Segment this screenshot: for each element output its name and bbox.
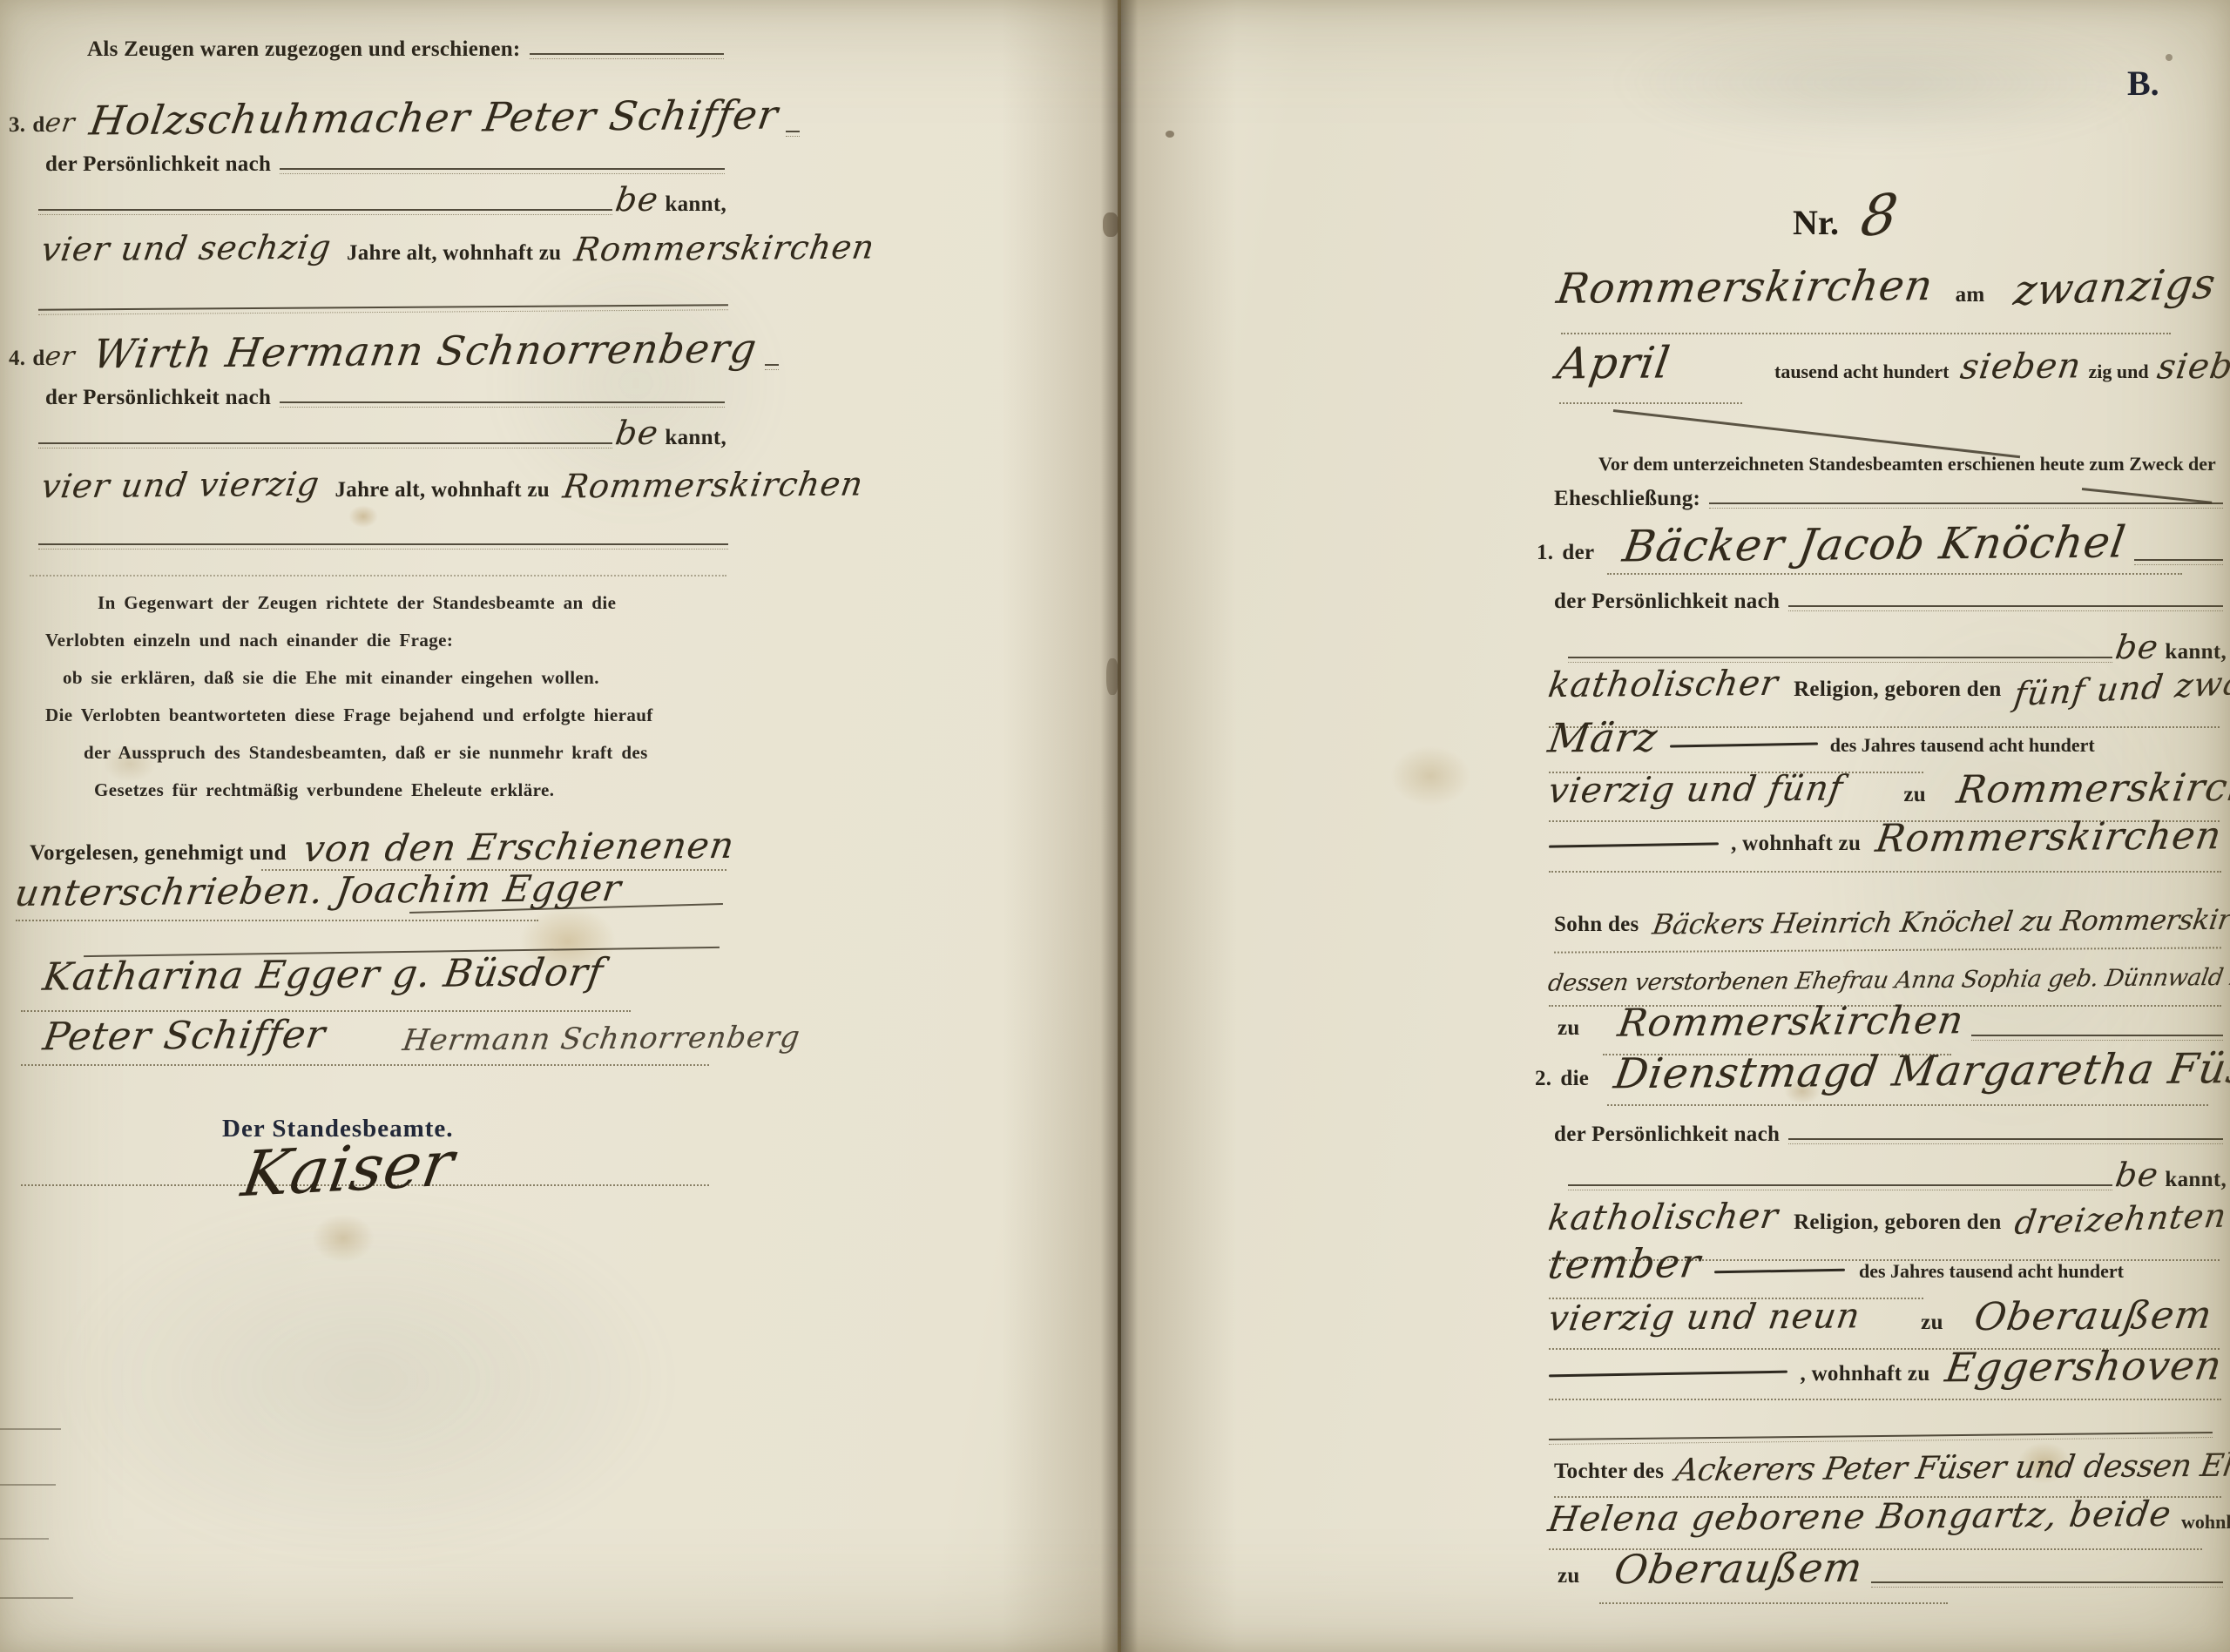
signature-line-2: Peter Schiffer Hermann Schnorrenberg: [44, 1017, 800, 1055]
dotted-line: [1607, 1104, 2208, 1106]
witness3-age-handwritten: vier und sechzig: [39, 231, 334, 266]
wohnhaft-label: wohnhaft: [2181, 1513, 2230, 1532]
bride-parents-residence-line: zu Oberaußem: [1558, 1548, 2227, 1588]
witness4-age-line: vier und vierzig Jahre alt, wohnhaft zu …: [42, 469, 730, 502]
groom-parents-handwritten-2: dessen verstorbenen Ehefrau Anna Sophia …: [1546, 965, 2230, 995]
declaration-line-4: Die Verlobten beantworteten diese Frage …: [45, 706, 653, 725]
fill-line: [1788, 602, 2223, 610]
signature-hermann-schnorrenberg: Hermann Schnorrenberg: [401, 1022, 802, 1055]
page-corner-letter: B.: [2127, 66, 2159, 101]
identity-label: der Persönlichkeit nach: [45, 387, 271, 408]
bride-birth-place-handwritten: Oberaußem: [1971, 1297, 2214, 1337]
zu-label: zu: [1558, 1017, 1580, 1039]
signature-line-1: Katharina Egger g. Büsdorf: [44, 956, 603, 995]
fill-line: [38, 206, 612, 214]
fill-line: [1568, 653, 2112, 662]
closing-handwritten-1: von den Erschienenen: [301, 827, 737, 867]
bride-religion-line: katholischer Religion, geboren den dreiz…: [1549, 1200, 2230, 1235]
dotted-line: [21, 1064, 709, 1066]
bride-residence-line: , wohnhaft zu Eggershoven: [1549, 1346, 2221, 1386]
margin-line-stub: [0, 1428, 61, 1430]
declaration-text: der Ausspruch des Standesbeamten, daß er…: [84, 744, 648, 762]
am-label: am: [1956, 284, 1985, 306]
record-intro-line: Vor dem unterzeichneten Standesbeamten e…: [1598, 455, 2216, 474]
declaration-line-5: der Ausspruch des Standesbeamten, daß er…: [84, 744, 648, 762]
declaration-text: In Gegenwart der Zeugen richtete der Sta…: [98, 594, 616, 612]
hand-dash: [1549, 1370, 1787, 1377]
bride-parents-line-1: Tochter des Ackerers Peter Füser und des…: [1554, 1453, 2230, 1484]
declaration-line-1: In Gegenwart der Zeugen richtete der Sta…: [98, 594, 616, 612]
register-book-spread: Als Zeugen waren zugezogen und erschiene…: [0, 0, 2230, 1652]
witness4-number: 4.: [9, 347, 25, 369]
paper-stain: [348, 505, 378, 528]
bride-known-line: be kannt,: [1559, 1158, 2227, 1191]
declaration-text: ob sie erklären, daß sie die Ehe mit ein…: [63, 669, 599, 687]
zu-label: zu: [1921, 1311, 1943, 1333]
bride-name-handwritten: Dienstmagd Margaretha Füser: [1612, 1048, 2230, 1096]
groom-parents-residence-handwritten: Rommerskirchen: [1615, 1001, 1966, 1042]
bride-birth-year-line: vierzig und neun zu Oberaußem: [1549, 1298, 2221, 1336]
residence-label: , wohnhaft zu: [1800, 1363, 1929, 1385]
known-label: kannt,: [2165, 1169, 2227, 1190]
bleed-through-patch: [52, 1193, 679, 1568]
closing-printed-label: Vorgelesen, genehmigt und: [30, 842, 287, 864]
groom-identity-line: der Persönlichkeit nach: [1554, 590, 2227, 612]
date-place-line: Rommerskirchen am zwanzigs ten: [1558, 266, 2225, 309]
fill-line: [280, 165, 725, 173]
fill-line: [765, 361, 779, 369]
book-fold: [1118, 0, 1121, 1652]
fill-line: [280, 398, 725, 407]
groom-parents-line-1: Sohn des Bäckers Heinrich Knöchel zu Rom…: [1554, 907, 2230, 935]
residence-label: , wohnhaft zu: [1731, 833, 1861, 854]
bride-birth-month-handwritten: tember: [1545, 1243, 1703, 1285]
dotted-line: [1549, 1399, 2221, 1400]
hand-dash: [1714, 1268, 1845, 1273]
groom-name-line: 1. der Bäcker Jacob Knöchel: [1537, 523, 2227, 566]
dotted-line: [1554, 947, 2221, 953]
dotted-line: [1599, 1602, 1948, 1604]
age-residence-label: Jahre alt, wohnhaft zu: [334, 479, 549, 501]
groom-religion-line: katholischer Religion, geboren den fünf …: [1549, 667, 2230, 702]
page-corner-letter-line: B.: [2127, 66, 2159, 101]
witness4-name-handwritten: Wirth Hermann Schnorrenberg: [91, 328, 760, 374]
marriage-purpose-label: Eheschließung:: [1554, 488, 1700, 509]
margin-line-stub: [0, 1484, 56, 1486]
groom-parents-handwritten-1: Bäckers Heinrich Knöchel zu Rommerskirch…: [1651, 904, 2230, 938]
known-label: kannt,: [665, 193, 726, 215]
closing-handwritten-2: unterschrieben. Joachim Egger: [12, 870, 624, 912]
declaration-text: Die Verlobten beantworteten diese Frage …: [45, 706, 653, 725]
groom-article: der: [1562, 542, 1594, 563]
bride-parents-handwritten-2: Helena geborene Bongartz, beide: [1546, 1497, 2174, 1537]
witness4-be-handwritten: be: [613, 416, 661, 449]
witness3-known-line: be kannt,: [30, 183, 726, 216]
section-divider-line: [30, 575, 726, 577]
witness3-name-line: 3. d er Holzschuhmacher Peter Schiffer: [9, 98, 728, 138]
witness4-age-handwritten: vier und vierzig: [39, 468, 322, 503]
witness4-name-line: 4. d er Wirth Hermann Schnorrenberg: [9, 331, 728, 371]
record-number-handwritten: 8: [1858, 185, 1902, 246]
witness3-number: 3.: [9, 114, 25, 136]
bride-birth-month-line: tember des Jahres tausend acht hundert: [1549, 1244, 2221, 1284]
fill-line: [1871, 1578, 2223, 1587]
fill-line: [2134, 556, 2223, 564]
known-label: kannt,: [665, 427, 726, 448]
declaration-text: Verlobten einzeln und nach einander die …: [45, 631, 453, 650]
groom-residence-handwritten: Rommerskirchen: [1874, 817, 2225, 858]
paper-speck: [1166, 131, 1174, 138]
dotted-line: [1607, 573, 2182, 575]
paper-stain: [312, 1214, 375, 1263]
groom-known-line: be kannt,: [1559, 630, 2227, 664]
bride-birth-year-handwritten: vierzig und neun: [1546, 1298, 1863, 1336]
record-intro-text: Vor dem unterzeichneten Standesbeamten e…: [1598, 455, 2216, 474]
bride-name-line: 2. die Dienstmagd Margaretha Füser: [1535, 1050, 2227, 1092]
dotted-line: [1549, 871, 2221, 873]
dotted-line: [16, 920, 538, 921]
groom-residence-line: , wohnhaft zu Rommerskirchen: [1549, 819, 2221, 857]
fold-tear-mark: [1103, 212, 1118, 237]
witness4-article-handwritten: er: [43, 344, 77, 370]
groom-birth-year-line: vierzig und fünf zu Rommerskirchen: [1549, 770, 2221, 808]
declaration-line-3: ob sie erklären, daß sie die Ehe mit ein…: [63, 669, 599, 687]
paper-speck: [2166, 54, 2173, 61]
declaration-line-2: Verlobten einzeln und nach einander die …: [45, 631, 453, 650]
groom-birth-month-handwritten: März: [1545, 717, 1660, 758]
record-year-handwritten-2: sieben: [2155, 348, 2230, 384]
bride-parents-handwritten-1: Ackerers Peter Füser und dessen Ehefrau: [1673, 1450, 2230, 1487]
groom-name-handwritten: Bäcker Jacob Knöchel: [1620, 520, 2129, 568]
zu-label: zu: [1558, 1565, 1580, 1587]
closing-line-1: Vorgelesen, genehmigt und von den Erschi…: [30, 829, 733, 866]
declaration-line-6: Gesetzes für rechtmäßig verbundene Ehele…: [94, 781, 554, 799]
witness4-residence-handwritten: Rommerskirchen: [561, 468, 866, 503]
hand-dash: [1549, 842, 1719, 847]
fill-line: [1971, 1031, 2223, 1040]
signature-registrar-kaiser: Kaiser: [238, 1132, 459, 1205]
witness3-name-handwritten: Holzschuhmacher Peter Schiffer: [87, 95, 781, 141]
witness4-identity-line: der Persönlichkeit nach: [45, 387, 728, 408]
bride-religion-handwritten: katholischer: [1546, 1199, 1781, 1236]
son-of-label: Sohn des: [1554, 914, 1639, 935]
bride-birth-day-handwritten: dreizehnten Sep-: [2012, 1196, 2230, 1239]
religion-born-label: Religion, geboren den: [1794, 1211, 2002, 1233]
known-label: kannt,: [2165, 641, 2227, 663]
bride-parents-line-2: Helena geborene Bongartz, beide wohnhaft: [1549, 1500, 2230, 1534]
record-day-handwritten: zwanzigs: [2010, 263, 2218, 312]
witness4-known-line: be kannt,: [30, 416, 726, 449]
registrar-signature-line: Kaiser: [244, 1137, 453, 1200]
paper-stain: [1390, 745, 1470, 806]
record-place-handwritten: Rommerskirchen: [1554, 265, 1936, 310]
birth-year-printed-label: des Jahres tausend acht hundert: [1859, 1262, 2124, 1281]
record-number-label: Nr.: [1793, 206, 1839, 240]
dotted-line: [1561, 333, 2171, 334]
groom-be-handwritten: be: [2113, 630, 2161, 664]
dotted-line: [1559, 402, 1742, 404]
margin-line-stub: [0, 1538, 49, 1540]
groom-birth-year-handwritten: vierzig und fünf: [1546, 772, 1846, 809]
fill-line: [1709, 499, 2223, 508]
ruled-line: [38, 304, 728, 317]
zig-und-label: zig und: [2089, 362, 2149, 381]
hand-dash: [1670, 742, 1818, 747]
bride-number: 2.: [1535, 1068, 1551, 1089]
ruled-line: [1549, 1432, 2213, 1446]
fill-line: [786, 127, 800, 136]
record-month-handwritten: April: [1554, 341, 1673, 385]
fill-line: [530, 50, 724, 58]
identity-label: der Persönlichkeit nach: [1554, 1123, 1780, 1145]
witnesses-intro-label: Als Zeugen waren zugezogen und erschiene…: [87, 38, 521, 60]
witness3-article-handwritten: er: [43, 111, 77, 137]
fill-line: [38, 439, 612, 448]
record-number-line: Nr. 8: [1793, 188, 1898, 244]
record-year-handwritten-1: sieben: [1958, 348, 2084, 384]
fill-line: [1788, 1135, 2223, 1143]
groom-parents-residence-line: zu Rommerskirchen: [1558, 1003, 2227, 1042]
daughter-of-label: Tochter des: [1554, 1460, 1664, 1482]
witnesses-intro-line: Als Zeugen waren zugezogen und erschiene…: [87, 38, 727, 60]
bride-identity-line: der Persönlichkeit nach: [1554, 1123, 2227, 1145]
witness3-be-handwritten: be: [613, 183, 661, 216]
signature-peter-schiffer: Peter Schiffer: [40, 1016, 328, 1057]
groom-birth-month-line: März des Jahres tausend acht hundert: [1549, 718, 2221, 758]
age-residence-label: Jahre alt, wohnhaft zu: [347, 242, 561, 264]
hand-drawn-stroke: [1613, 409, 2020, 458]
bride-residence-handwritten: Eggershoven: [1943, 1345, 2225, 1388]
fold-tear-mark: [1106, 658, 1118, 695]
date-month-year-line: April tausend acht hundert sieben zig un…: [1558, 341, 2230, 385]
groom-birth-place-handwritten: Rommerskirchen: [1954, 768, 2230, 809]
groom-religion-handwritten: katholischer: [1546, 666, 1781, 703]
identity-label: der Persönlichkeit nach: [1554, 590, 1780, 612]
bride-parents-residence-handwritten: Oberaußem: [1612, 1547, 1865, 1589]
witness3-residence-handwritten: Rommerskirchen: [572, 231, 877, 266]
signature-katharina-egger: Katharina Egger g. Büsdorf: [40, 954, 605, 997]
groom-parents-line-2: dessen verstorbenen Ehefrau Anna Sophia …: [1549, 968, 2230, 992]
margin-line-stub: [0, 1597, 73, 1599]
fill-line: [1568, 1181, 2112, 1190]
closing-line-2: unterschrieben. Joachim Egger: [16, 873, 621, 909]
bride-be-handwritten: be: [2113, 1158, 2161, 1191]
year-printed-label: tausend acht hundert: [1774, 362, 1949, 381]
declaration-text: Gesetzes für rechtmäßig verbundene Ehele…: [94, 781, 554, 799]
bride-article: die: [1560, 1068, 1589, 1089]
identity-label: der Persönlichkeit nach: [45, 153, 271, 175]
witness3-age-line: vier und sechzig Jahre alt, wohnhaft zu …: [42, 232, 730, 265]
groom-number: 1.: [1537, 542, 1553, 563]
religion-born-label: Religion, geboren den: [1794, 678, 2002, 700]
ruled-line: [38, 543, 728, 551]
zu-label: zu: [1903, 784, 1926, 806]
witness3-identity-line: der Persönlichkeit nach: [45, 153, 728, 175]
bleed-through-patch: [1612, 17, 2152, 148]
marriage-purpose-line: Eheschließung:: [1554, 488, 2227, 509]
birth-year-printed-label: des Jahres tausend acht hundert: [1830, 736, 2095, 755]
